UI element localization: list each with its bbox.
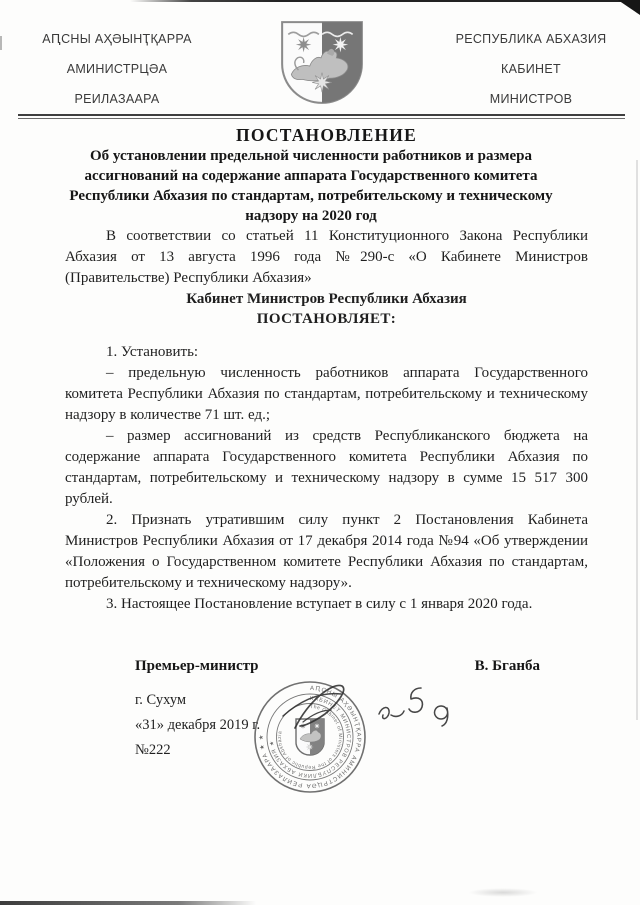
signature-details: г. Сухум «31» декабря 2019 г. №222 xyxy=(135,688,588,763)
letterhead-divider xyxy=(18,114,625,119)
letterhead-abkhaz-name: АԤСНЫ АҲӘЫНҬҚАРРА АМИНИСТРЦӘА РЕИЛАЗААРА xyxy=(22,24,212,114)
preamble-paragraph: В соответствии со статьей 11 Конституцио… xyxy=(65,226,588,289)
letterhead-russian-name: РЕСПУБЛИКА АБХАЗИЯ КАБИНЕТ МИНИСТРОВ xyxy=(436,24,626,114)
scanned-document-page: АԤСНЫ АҲӘЫНҬҚАРРА АМИНИСТРЦӘА РЕИЛАЗААРА xyxy=(0,0,640,905)
decree-item: 2. Признать утратившим силу пункт 2 Пост… xyxy=(65,510,588,594)
signature-post: Премьер-министр xyxy=(135,658,259,675)
letterhead-line: РЕИЛАЗААРА xyxy=(22,84,212,114)
letterhead-line: МИНИСТРОВ xyxy=(436,84,626,114)
letterhead-line: АԤСНЫ АҲӘЫНҬҚАРРА xyxy=(22,24,212,54)
signature-number: №222 xyxy=(135,738,588,763)
decree-items: 1. Установить: – предельную численность … xyxy=(65,342,588,615)
letterhead-line: РЕСПУБЛИКА АБХАЗИЯ xyxy=(436,24,626,54)
decree-item: – размер ассигнований из средств Республ… xyxy=(65,426,588,510)
signature-date: «31» декабря 2019 г. xyxy=(135,713,588,738)
letterhead-line: КАБИНЕТ xyxy=(436,54,626,84)
abkhazia-coat-of-arms-icon xyxy=(276,17,368,109)
scan-artifact-bottom-edge xyxy=(0,901,256,905)
document-body: ПОСТАНОВЛЕНИЕ Об установлении предельной… xyxy=(0,125,640,763)
decree-item: – предельную численность работников аппа… xyxy=(65,363,588,426)
scan-artifact-smudge xyxy=(468,888,538,897)
letterhead-line: АМИНИСТРЦӘА xyxy=(22,54,212,84)
resolves-line: ПОСТАНОВЛЯЕТ: xyxy=(65,309,588,329)
signature-place: г. Сухум xyxy=(135,688,588,713)
document-title: ПОСТАНОВЛЕНИЕ xyxy=(65,125,588,146)
authority-line: Кабинет Министров Республики Абхазия xyxy=(65,289,588,309)
signature-name: В. Бганба xyxy=(475,658,540,675)
letterhead: АԤСНЫ АҲӘЫНҬҚАРРА АМИНИСТРЦӘА РЕИЛАЗААРА xyxy=(0,0,640,125)
document-subject: Об установлении предельной численности р… xyxy=(65,146,557,226)
signature-row: Премьер-министр В. Бганба xyxy=(65,658,588,675)
decree-item: 3. Настоящее Постановление вступает в си… xyxy=(65,594,588,615)
decree-item: 1. Установить: xyxy=(65,342,588,363)
